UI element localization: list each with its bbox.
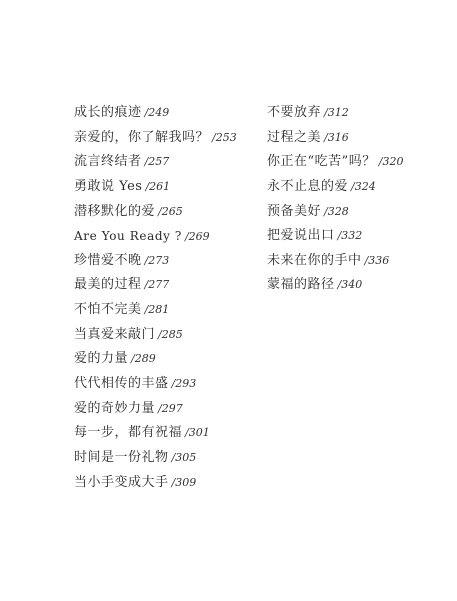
toc-entry: 当真爱来敲门/285	[74, 326, 237, 351]
entry-page: /332	[338, 229, 363, 242]
toc-entry: 当小手变成大手/309	[74, 474, 237, 499]
toc-entry: 爱的力量/289	[74, 350, 237, 375]
entry-page: /265	[158, 205, 183, 218]
toc-entry: 预备美好/328	[267, 203, 404, 228]
toc-entry: 未来在你的手中/336	[267, 252, 404, 277]
toc-entry: 不怕不完美/281	[74, 301, 237, 326]
entry-title: 成长的痕迹	[74, 105, 142, 120]
entry-title: 当小手变成大手	[74, 475, 169, 490]
entry-title: 不要放弃	[267, 105, 321, 120]
entry-page: /269	[185, 230, 210, 243]
entry-page: /249	[145, 106, 170, 119]
entry-title: 亲爱的，你了解我吗？	[74, 130, 209, 145]
toc-entry: 爱的奇妙力量/297	[74, 400, 237, 425]
toc-entry: 代代相传的丰盛/293	[74, 375, 237, 400]
toc-entry: 每一步，都有祝福/301	[74, 424, 237, 449]
entry-title: 当真爱来敲门	[74, 327, 155, 342]
entry-page: /285	[158, 328, 183, 341]
toc-entry: 永不止息的爱/324	[267, 178, 404, 203]
toc-entry: 亲爱的，你了解我吗？/253	[74, 129, 237, 154]
entry-title: 不怕不完美	[74, 302, 142, 317]
entry-page: /328	[324, 205, 349, 218]
toc-entry: 你正在“吃苦”吗？/320	[267, 153, 404, 178]
entry-page: /293	[172, 377, 197, 390]
entry-title: 你正在“吃苦”吗？	[267, 154, 376, 169]
toc-entry: 不要放弃/312	[267, 104, 404, 129]
entry-page: /297	[158, 402, 183, 415]
entry-page: /336	[365, 254, 390, 267]
entry-title: 勇敢说 Yes	[74, 179, 142, 194]
entry-page: /253	[212, 131, 237, 144]
entry-title: 时间是一份礼物	[74, 450, 169, 465]
entry-title: 爱的奇妙力量	[74, 401, 155, 416]
entry-title: 每一步，都有祝福	[74, 425, 182, 440]
entry-title: 流言终结者	[74, 154, 142, 169]
entry-page: /312	[324, 106, 349, 119]
toc-left-column: 成长的痕迹/249 亲爱的，你了解我吗？/253 流言终结者/257 勇敢说 Y…	[74, 104, 237, 498]
entry-title: 预备美好	[267, 204, 321, 219]
entry-page: /273	[145, 254, 170, 267]
toc-entry: Are You Ready ?/269	[74, 227, 237, 252]
toc-entry: 把爱说出口/332	[267, 227, 404, 252]
entry-title: 过程之美	[267, 130, 321, 145]
toc-entry: 过程之美/316	[267, 129, 404, 154]
toc-right-column: 不要放弃/312 过程之美/316 你正在“吃苦”吗？/320 永不止息的爱/3…	[267, 104, 404, 301]
entry-title: Are You Ready ?	[74, 229, 182, 243]
entry-title: 爱的力量	[74, 351, 128, 366]
toc-entry: 成长的痕迹/249	[74, 104, 237, 129]
entry-title: 最美的过程	[74, 277, 142, 292]
entry-page: /277	[145, 278, 170, 291]
entry-page: /257	[145, 155, 170, 168]
entry-page: /305	[172, 451, 197, 464]
toc-entry: 最美的过程/277	[74, 276, 237, 301]
entry-page: /340	[338, 278, 363, 291]
entry-page: /316	[324, 131, 349, 144]
toc-entry: 蒙福的路径/340	[267, 276, 404, 301]
entry-title: 潜移默化的爱	[74, 204, 155, 219]
entry-title: 把爱说出口	[267, 228, 335, 243]
entry-title: 代代相传的丰盛	[74, 376, 169, 391]
entry-title: 蒙福的路径	[267, 277, 335, 292]
entry-page: /281	[145, 303, 170, 316]
toc-entry: 时间是一份礼物/305	[74, 449, 237, 474]
entry-page: /289	[131, 352, 156, 365]
entry-title: 未来在你的手中	[267, 253, 362, 268]
toc-entry: 珍惜爱不晚/273	[74, 252, 237, 277]
toc-entry: 勇敢说 Yes/261	[74, 178, 237, 203]
entry-page: /320	[379, 155, 404, 168]
entry-page: /261	[145, 180, 170, 193]
entry-page: /301	[185, 426, 210, 439]
entry-title: 珍惜爱不晚	[74, 253, 142, 268]
entry-title: 永不止息的爱	[267, 179, 348, 194]
entry-page: /309	[172, 476, 197, 489]
entry-page: /324	[351, 180, 376, 193]
toc-entry: 流言终结者/257	[74, 153, 237, 178]
toc-entry: 潜移默化的爱/265	[74, 203, 237, 228]
